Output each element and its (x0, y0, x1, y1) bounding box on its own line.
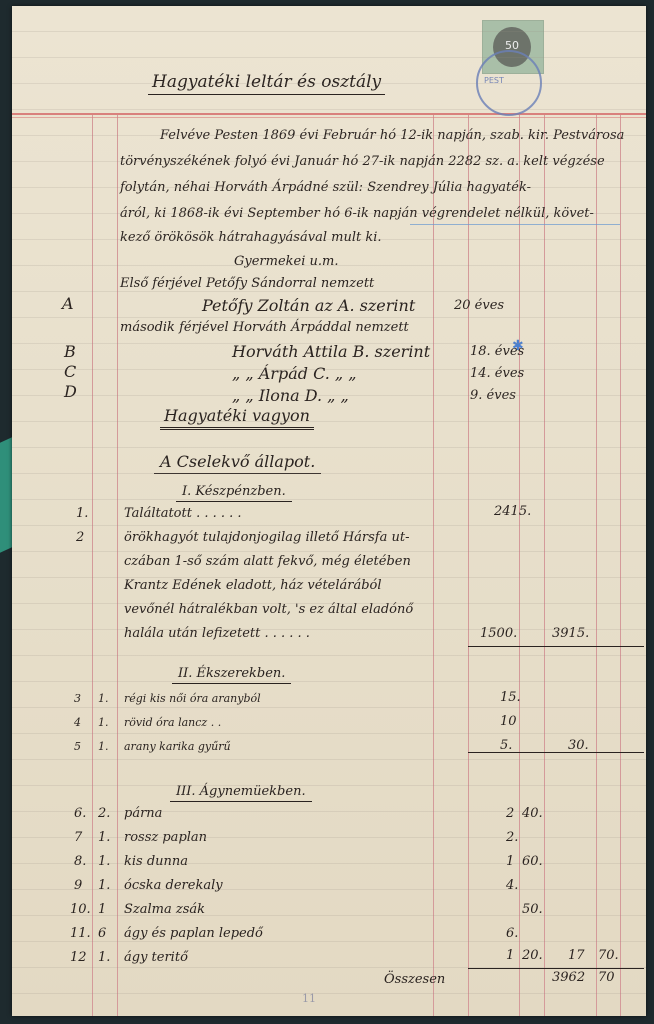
column-line (468, 113, 469, 1016)
heir-name: „ „ Árpád C. „ „ (232, 364, 357, 383)
grand-total-kr: 70 (598, 970, 615, 985)
heir-age: 9. éves (470, 388, 516, 403)
item-number: 6. (74, 806, 86, 821)
heir-letter: C (64, 362, 76, 381)
item-description: vevőnél hátralékban volt, 's ez által el… (124, 602, 413, 617)
item-amount-ft: 5. (500, 738, 512, 753)
second-marriage-line: második férjével Horváth Árpáddal nemzet… (120, 320, 409, 335)
item-description: ágy teritő (124, 950, 188, 965)
item-description: Szalma zsák (124, 902, 205, 917)
item-number: 10. (70, 902, 91, 917)
section-a-heading: A Cselekvő állapot. (154, 452, 321, 474)
postmark-text: PEST (484, 76, 504, 85)
section-total-ft: 3915. (552, 626, 589, 641)
item-description: ócska derekaly (124, 878, 223, 893)
item-quantity: 6 (98, 926, 106, 941)
blue-star-mark-icon: ✱ (512, 338, 524, 354)
column-line (620, 113, 621, 1016)
item-quantity: 1. (98, 878, 110, 893)
blue-pencil-underline (410, 224, 620, 225)
heir-letter: B (64, 342, 76, 361)
header-rule (12, 113, 646, 115)
item-number: 11. (70, 926, 91, 941)
item-amount-ft: 2415. (494, 504, 531, 519)
item-description: rossz paplan (124, 830, 207, 845)
item-number: 3 (74, 692, 81, 705)
heir-letter: D (64, 382, 77, 401)
item-amount-kr: 50. (522, 902, 543, 917)
item-amount-ft: 6. (506, 926, 518, 941)
item-quantity: 1. (98, 692, 109, 705)
item-quantity: 1. (98, 716, 109, 729)
subtotal-rule (468, 968, 644, 969)
margin-line (92, 113, 93, 1016)
section-total-ft: 17 (568, 948, 585, 963)
item-number: 9 (74, 878, 82, 893)
item-amount-kr: 60. (522, 854, 543, 869)
postmark-icon: PEST (476, 50, 542, 116)
intro-line: kező örökösök hátrahagyásával mult ki. (120, 230, 382, 245)
column-line (519, 113, 520, 1016)
item-amount-ft: 2. (506, 830, 518, 845)
item-number: 8. (74, 854, 86, 869)
item-amount-ft: 1500. (480, 626, 517, 641)
item-quantity: 1 (98, 902, 106, 917)
intro-line: Felvéve Pesten 1869 évi Február hó 12-ik… (160, 128, 624, 143)
subtotal-rule (468, 646, 644, 647)
grand-total-ft: 3962 (552, 970, 585, 985)
estate-heading: Hagyatéki vagyon (160, 406, 314, 430)
margin-line (117, 113, 118, 1016)
item-description: Krantz Edének eladott, ház vételárából (124, 578, 382, 593)
item-quantity: 1. (98, 854, 110, 869)
section-heading: II. Ékszerekben. (172, 666, 291, 684)
item-amount-ft: 1 (506, 854, 514, 869)
heir-age: 14. éves (470, 366, 524, 381)
item-number: 4 (74, 716, 81, 729)
first-marriage-line: Első férjével Petőfy Sándorral nemzett (120, 276, 374, 291)
item-amount-ft: 1 (506, 948, 514, 963)
item-description: czában 1-ső szám alatt fekvő, még életéb… (124, 554, 411, 569)
intro-line: áról, ki 1868-ik évi September hó 6-ik n… (120, 206, 594, 221)
item-quantity: 1. (98, 830, 110, 845)
section-heading: I. Készpénzben. (176, 484, 292, 502)
sum-label: Összesen (384, 972, 445, 987)
section-heading: III. Ágynemüekben. (170, 784, 312, 802)
item-quantity: 2. (98, 806, 110, 821)
item-number: 5 (74, 740, 81, 753)
item-amount-ft: 10 (500, 714, 517, 729)
item-amount-ft: 2 (506, 806, 514, 821)
background-edge (0, 437, 12, 553)
pencil-page-number: 11 (302, 992, 316, 1005)
heir-letter: A (62, 294, 74, 313)
item-amount-kr: 40. (522, 806, 543, 821)
item-amount-kr: 20. (522, 948, 543, 963)
heir-age: 20 éves (454, 298, 504, 313)
item-description: rövid óra lancz . . (124, 716, 221, 729)
intro-line: folytán, néhai Horváth Árpádné szül: Sze… (120, 180, 531, 195)
heir-name: „ „ Ilona D. „ „ (232, 386, 349, 405)
item-description: párna (124, 806, 162, 821)
item-number: 7 (74, 830, 82, 845)
item-amount-ft: 4. (506, 878, 518, 893)
item-description: kis dunna (124, 854, 188, 869)
item-number: 1. (76, 506, 88, 521)
children-heading: Gyermekei u.m. (234, 254, 338, 269)
document-page: Hagyatéki leltár és osztály 50 PEST Felv… (12, 6, 646, 1016)
item-quantity: 1. (98, 740, 109, 753)
item-description: halála után lefizetett . . . . . . (124, 626, 310, 641)
column-line (433, 113, 434, 1016)
intro-line: törvényszékének folyó évi Január hó 27-i… (120, 154, 605, 169)
item-description: örökhagyót tulajdonjogilag illető Hársfa… (124, 530, 409, 545)
item-description: arany karika gyűrű (124, 740, 231, 753)
heir-name: Horváth Attila B. szerint (232, 342, 430, 361)
item-description: Találtatott . . . . . . (124, 506, 242, 521)
item-quantity: 1. (98, 950, 110, 965)
heir-name: Petőfy Zoltán az A. szerint (202, 296, 415, 315)
column-line (596, 113, 597, 1016)
section-total-kr: 70. (598, 948, 619, 963)
document-title: Hagyatéki leltár és osztály (148, 72, 385, 95)
section-total-ft: 30. (568, 738, 589, 753)
item-number: 2 (76, 530, 84, 545)
header-rule-secondary (12, 117, 646, 118)
item-number: 12 (70, 950, 87, 965)
column-line (544, 113, 545, 1016)
item-description: ágy és paplan lepedő (124, 926, 263, 941)
subtotal-rule (468, 752, 644, 753)
item-amount-ft: 15. (500, 690, 521, 705)
item-description: régi kis női óra aranyból (124, 692, 261, 705)
